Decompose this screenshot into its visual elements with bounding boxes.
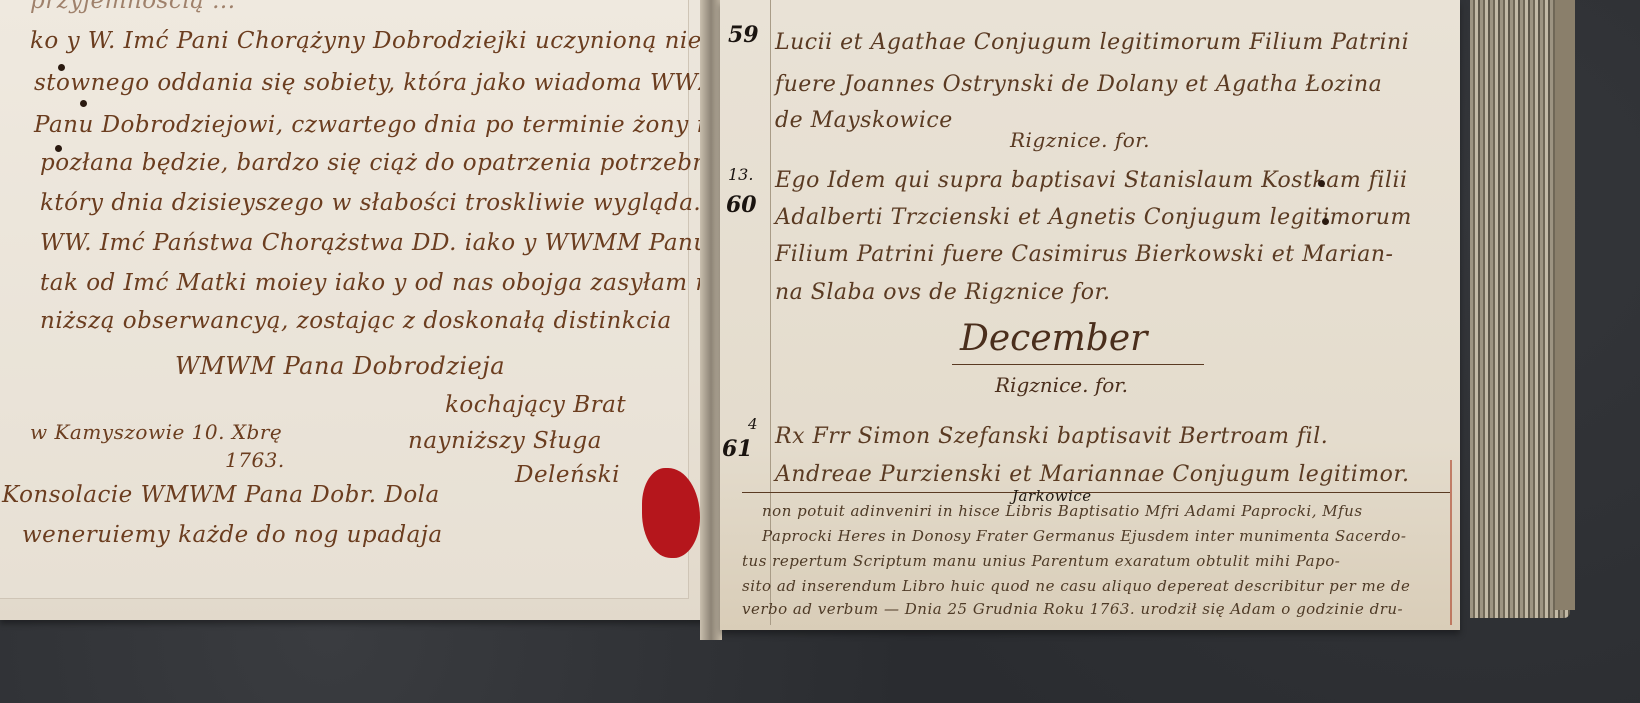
heading-underline bbox=[952, 364, 1204, 365]
register-line: fuere Joannes Ostrynski de Dolany et Aga… bbox=[775, 72, 1382, 97]
postscript-line: weneruiemy każde do nog upadaja bbox=[22, 522, 443, 548]
register-line: Adalberti Trzcienski et Agnetis Conjugum… bbox=[775, 205, 1412, 230]
note-line: verbo ad verbum — Dnia 25 Grudnia Roku 1… bbox=[742, 600, 1403, 618]
letter-line: który dnia dzisieyszego w słabości trosk… bbox=[40, 190, 701, 216]
book-gutter bbox=[700, 0, 722, 640]
place-date: w Kamyszowie 10. Xbrę bbox=[30, 420, 282, 444]
postscript-line: Konsolacie WMWM Pana Dobr. Dola bbox=[2, 482, 440, 508]
letter-line: tak od Imć Matki moiey iako y od nas obo… bbox=[40, 270, 747, 296]
note-line: Paprocki Heres in Donosy Frater Germanus… bbox=[762, 527, 1406, 545]
ink-blot bbox=[1318, 180, 1325, 187]
letter-line: stownego oddania się sobiety, która jako… bbox=[34, 70, 715, 96]
register-line: Filium Patrini fuere Casimirus Bierkowsk… bbox=[775, 242, 1394, 267]
entry-number: 61 bbox=[722, 436, 753, 462]
register-line: de Mayskowice bbox=[775, 108, 953, 133]
note-divider bbox=[742, 492, 1450, 493]
letter-line: niższą obserwancyą, zostając z doskonałą… bbox=[40, 308, 672, 334]
note-line: sito ad inserendum Libro huic quod ne ca… bbox=[742, 577, 1410, 595]
register-line: Ego Idem qui supra baptisavi Stanislaum … bbox=[775, 168, 1408, 193]
ink-blot bbox=[80, 100, 87, 107]
ink-blot bbox=[55, 145, 62, 152]
entry-number: 59 bbox=[728, 22, 759, 48]
village-label: Rigznice. for. bbox=[1010, 128, 1150, 152]
note-line: non potuit adinveniri in hisce Libris Ba… bbox=[762, 502, 1363, 520]
village-heading: Rigznice. for. bbox=[995, 373, 1128, 397]
signature-line: nayniższy Sługa bbox=[408, 428, 602, 454]
letter-year: 1763. bbox=[225, 448, 285, 472]
letter-line: pozłana będzie, bardzo się ciąż do opatr… bbox=[40, 150, 742, 176]
month-heading: December bbox=[960, 318, 1147, 359]
letter-line: Panu Dobrodziejowi, czwartego dnia po te… bbox=[34, 112, 769, 138]
entry-number: 60 bbox=[726, 192, 757, 218]
letter-closing: WMWM Pana Dobrodzieja bbox=[175, 352, 505, 380]
register-line: Andreae Purzienski et Mariannae Conjugum… bbox=[775, 462, 1410, 487]
note-line: tus repertum Scriptum manu unius Parentu… bbox=[742, 552, 1340, 570]
ink-blot bbox=[58, 64, 65, 71]
register-line: Rx Frr Simon Szefanski baptisavit Bertro… bbox=[775, 424, 1328, 449]
entry-day: 13. bbox=[728, 165, 753, 184]
signature-name: Deleński bbox=[515, 462, 620, 488]
register-line: Lucii et Agathae Conjugum legitimorum Fi… bbox=[775, 30, 1409, 55]
entry-day: 4 bbox=[748, 415, 758, 433]
letter-line: ko y W. Imć Pani Chorążyny Dobrodziejki … bbox=[30, 28, 740, 54]
letter-line: przyjemnością ... bbox=[30, 0, 236, 14]
signature-line: kochający Brat bbox=[445, 392, 626, 418]
register-line: na Slaba ovs de Rigznice for. bbox=[775, 280, 1111, 305]
book-cover-edge bbox=[1555, 0, 1575, 610]
red-margin-rule bbox=[1450, 460, 1452, 625]
ink-blot bbox=[1322, 218, 1329, 225]
